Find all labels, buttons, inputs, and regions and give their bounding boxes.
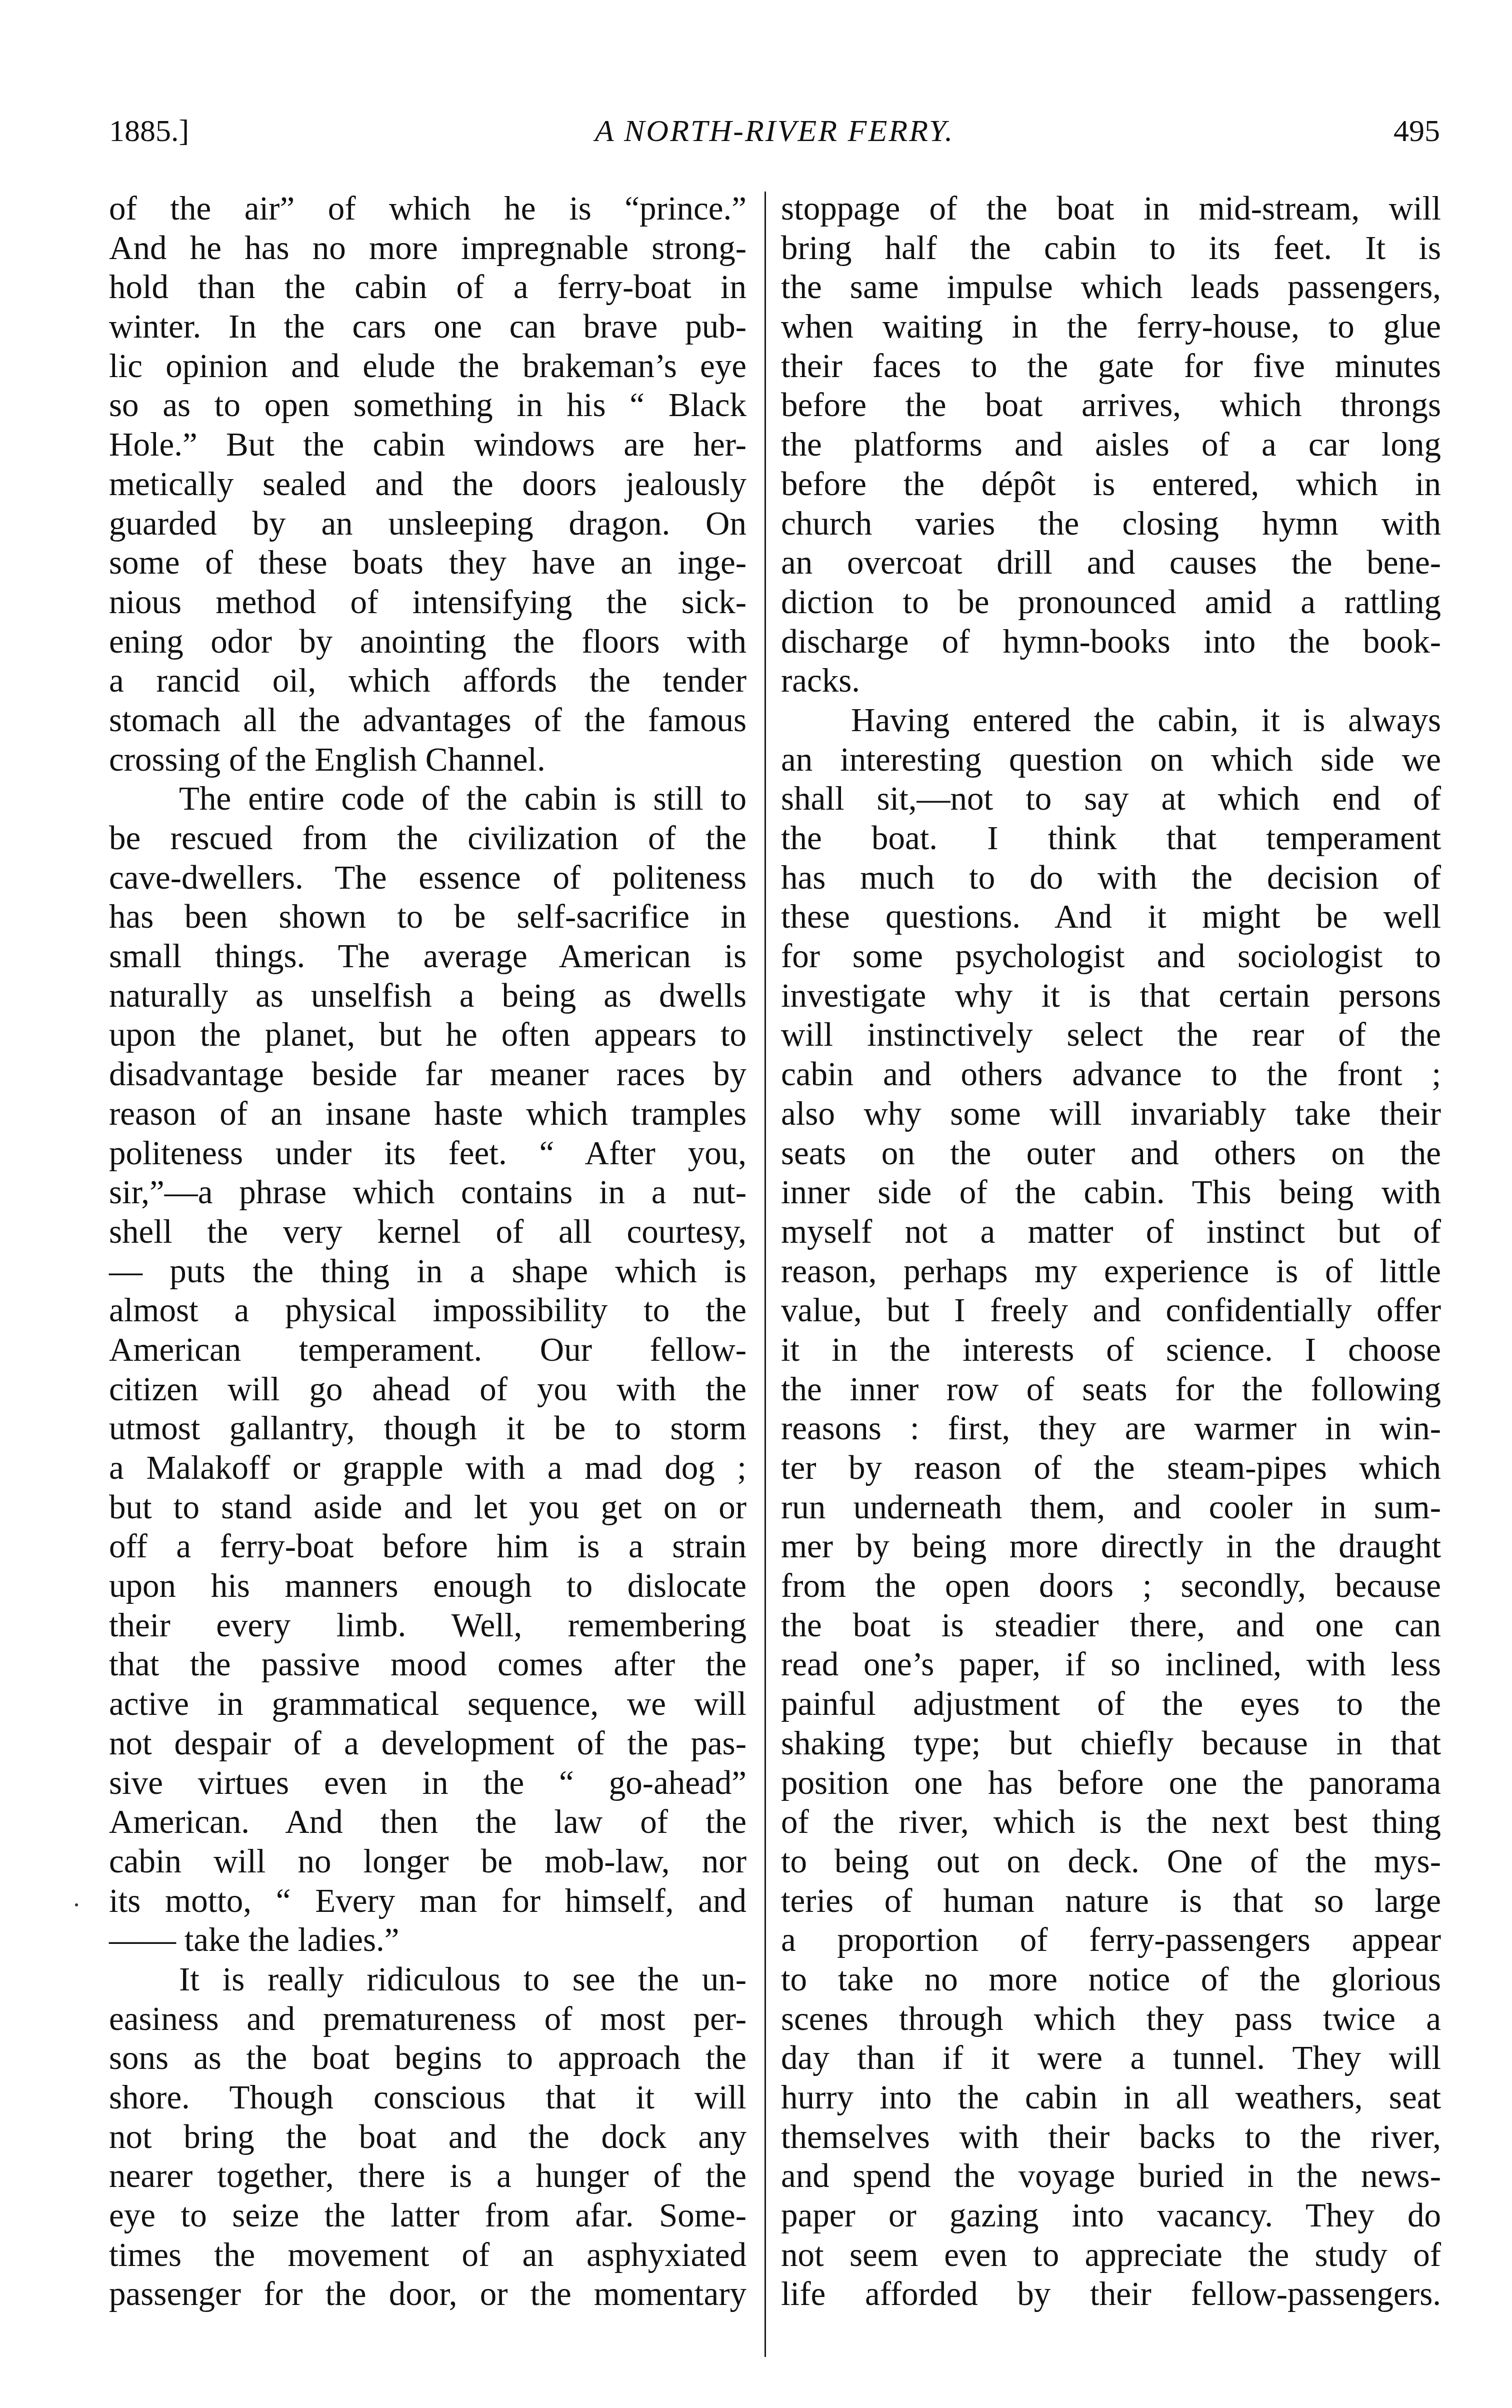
text-line: life afforded by their fellow-passengers… (781, 2274, 1441, 2314)
text-line: a proportion of ferry-passengers appear (781, 1920, 1441, 1960)
text-line: the boat is steadier there, and one can (781, 1606, 1441, 1645)
text-line: nious method of intensifying the sick- (109, 583, 746, 622)
text-line: American temperament. Our fellow- (109, 1330, 746, 1370)
text-line: so as to open something in his “ Black (109, 386, 746, 425)
text-line: passenger for the door, or the momentary (109, 2274, 746, 2314)
text-line: teries of human nature is that so large (781, 1881, 1441, 1921)
text-line: but to stand aside and let you get on or (109, 1488, 746, 1527)
text-line: cabin will no longer be mob-law, nor (109, 1842, 746, 1881)
text-line: will instinctively select the rear of th… (781, 1015, 1441, 1055)
left-column: of the air” of which he is “prince.”And … (109, 189, 746, 2314)
paragraph-first-line: It is really ridiculous to see the un- (109, 1960, 746, 1999)
text-line: shaking type; but chiefly because in tha… (781, 1724, 1441, 1763)
text-line: metically sealed and the doors jealously (109, 465, 746, 504)
text-line: discharge of hymn-books into the book- (781, 622, 1441, 662)
text-line: seats on the outer and others on the (781, 1134, 1441, 1173)
article-title: A NORTH-RIVER FERRY. (109, 111, 1440, 151)
text-line: of the river, which is the next best thi… (781, 1802, 1441, 1842)
text-line: —— take the ladies.” (109, 1920, 746, 1960)
text-line: cave-dwellers. The essence of politeness (109, 858, 746, 898)
text-line: not bring the boat and the dock any (109, 2117, 746, 2157)
column-divider (764, 192, 766, 2357)
text-line: small things. The average American is (109, 937, 746, 976)
text-line: the inner row of seats for the following (781, 1370, 1441, 1409)
text-line: an overcoat drill and causes the bene- (781, 543, 1441, 583)
text-line: that the passive mood comes after the (109, 1645, 746, 1684)
text-line: cabin and others advance to the front ; (781, 1055, 1441, 1094)
text-line: also why some will invariably take their (781, 1094, 1441, 1134)
text-line: stoppage of the boat in mid-stream, will (781, 189, 1441, 229)
text-line: almost a physical impossibility to the (109, 1291, 746, 1330)
text-line: shell the very kernel of all courtesy, (109, 1212, 746, 1252)
text-line: inner side of the cabin. This being with (781, 1173, 1441, 1212)
text-line: its motto, “ Every man for himself, and (109, 1881, 746, 1921)
text-line: some of these boats they have an inge- (109, 543, 746, 583)
text-line: crossing of the English Channel. (109, 740, 746, 780)
text-line: from the open doors ; secondly, because (781, 1566, 1441, 1606)
text-line: position one has before one the panorama (781, 1763, 1441, 1803)
text-line: when waiting in the ferry-house, to glue (781, 307, 1441, 347)
text-line: reasons : first, they are warmer in win- (781, 1409, 1441, 1448)
text-line: it in the interests of science. I choose (781, 1330, 1441, 1370)
text-line: not despair of a development of the pas- (109, 1724, 746, 1763)
text-line: shall sit,—not to say at which end of (781, 779, 1441, 819)
text-line: reason of an insane haste which tramples (109, 1094, 746, 1134)
text-line: themselves with their backs to the river… (781, 2117, 1441, 2157)
text-line: sive virtues even in the “ go-ahead” (109, 1763, 746, 1803)
text-line: active in grammatical sequence, we will (109, 1684, 746, 1724)
text-line: diction to be pronounced amid a rattling (781, 583, 1441, 622)
text-line: sons as the boat begins to approach the (109, 2038, 746, 2078)
text-line: disadvantage beside far meaner races by (109, 1055, 746, 1094)
text-line: citizen will go ahead of you with the (109, 1370, 746, 1409)
text-line: lic opinion and elude the brakeman’s eye (109, 347, 746, 386)
text-line: for some psychologist and sociologist to (781, 937, 1441, 976)
right-column: stoppage of the boat in mid-stream, will… (781, 189, 1441, 2314)
text-line: shore. Though conscious that it will (109, 2078, 746, 2117)
issue-year: 1885.] (109, 111, 189, 151)
text-line: reason, perhaps my experience is of litt… (781, 1252, 1441, 1291)
text-line: church varies the closing hymn with (781, 504, 1441, 544)
text-line: day than if it were a tunnel. They will (781, 2038, 1441, 2078)
text-line: times the movement of an asphyxiated (109, 2235, 746, 2275)
text-line: upon the planet, but he often appears to (109, 1015, 746, 1055)
text-line: And he has no more impregnable strong- (109, 229, 746, 268)
text-line: has much to do with the decision of (781, 858, 1441, 898)
text-line: off a ferry-boat before him is a strain (109, 1527, 746, 1566)
text-line: to take no more notice of the glorious (781, 1960, 1441, 1999)
text-line: scenes through which they pass twice a (781, 1999, 1441, 2039)
text-line: the platforms and aisles of a car long (781, 425, 1441, 465)
text-line: their every limb. Well, remembering (109, 1606, 746, 1645)
text-line: a rancid oil, which affords the tender (109, 661, 746, 701)
text-line: ening odor by anointing the floors with (109, 622, 746, 662)
text-line: politeness under its feet. “ After you, (109, 1134, 746, 1173)
running-head: A NORTH-RIVER FERRY. 1885.] 495 (109, 111, 1440, 151)
text-line: myself not a matter of instinct but of (781, 1212, 1441, 1252)
text-line: American. And then the law of the (109, 1802, 746, 1842)
print-speck (75, 1903, 78, 1906)
text-line: investigate why it is that certain perso… (781, 976, 1441, 1016)
text-line: to being out on deck. One of the mys- (781, 1842, 1441, 1881)
text-line: a Malakoff or grapple with a mad dog ; (109, 1448, 746, 1488)
text-line: ter by reason of the steam-pipes which (781, 1448, 1441, 1488)
text-line: racks. (781, 661, 1441, 701)
text-line: these questions. And it might be well (781, 897, 1441, 937)
paragraph-first-line: The entire code of the cabin is still to (109, 779, 746, 819)
text-line: and spend the voyage buried in the news- (781, 2156, 1441, 2196)
text-line: paper or gazing into vacancy. They do (781, 2196, 1441, 2235)
text-line: the boat. I think that temperament (781, 819, 1441, 858)
text-line: hold than the cabin of a ferry-boat in (109, 268, 746, 307)
text-line: painful adjustment of the eyes to the (781, 1684, 1441, 1724)
text-line: an interesting question on which side we (781, 740, 1441, 780)
text-line: eye to seize the latter from afar. Some- (109, 2196, 746, 2235)
text-line: not seem even to appreciate the study of (781, 2235, 1441, 2275)
text-line: upon his manners enough to dislocate (109, 1566, 746, 1606)
text-line: easiness and prematureness of most per- (109, 1999, 746, 2039)
text-line: nearer together, there is a hunger of th… (109, 2156, 746, 2196)
text-line: sir,”—a phrase which contains in a nut- (109, 1173, 746, 1212)
page-number: 495 (1393, 111, 1440, 151)
text-line: read one’s paper, if so inclined, with l… (781, 1645, 1441, 1684)
text-line: of the air” of which he is “prince.” (109, 189, 746, 229)
text-line: — puts the thing in a shape which is (109, 1252, 746, 1291)
text-line: be rescued from the civilization of the (109, 819, 746, 858)
text-line: hurry into the cabin in all weathers, se… (781, 2078, 1441, 2117)
text-line: value, but I freely and confidentially o… (781, 1291, 1441, 1330)
text-line: stomach all the advantages of the famous (109, 701, 746, 740)
text-line: bring half the cabin to its feet. It is (781, 229, 1441, 268)
text-line: guarded by an unsleeping dragon. On (109, 504, 746, 544)
text-line: naturally as unselfish a being as dwells (109, 976, 746, 1016)
text-line: before the dépôt is entered, which in (781, 465, 1441, 504)
text-line: before the boat arrives, which throngs (781, 386, 1441, 425)
text-line: mer by being more directly in the draugh… (781, 1527, 1441, 1566)
text-line: has been shown to be self-sacrifice in (109, 897, 746, 937)
text-line: their faces to the gate for five minutes (781, 347, 1441, 386)
text-line: Hole.” But the cabin windows are her- (109, 425, 746, 465)
text-line: the same impulse which leads passengers, (781, 268, 1441, 307)
text-line: run underneath them, and cooler in sum- (781, 1488, 1441, 1527)
text-line: winter. In the cars one can brave pub- (109, 307, 746, 347)
text-line: utmost gallantry, though it be to storm (109, 1409, 746, 1448)
paragraph-first-line: Having entered the cabin, it is always (781, 701, 1441, 740)
